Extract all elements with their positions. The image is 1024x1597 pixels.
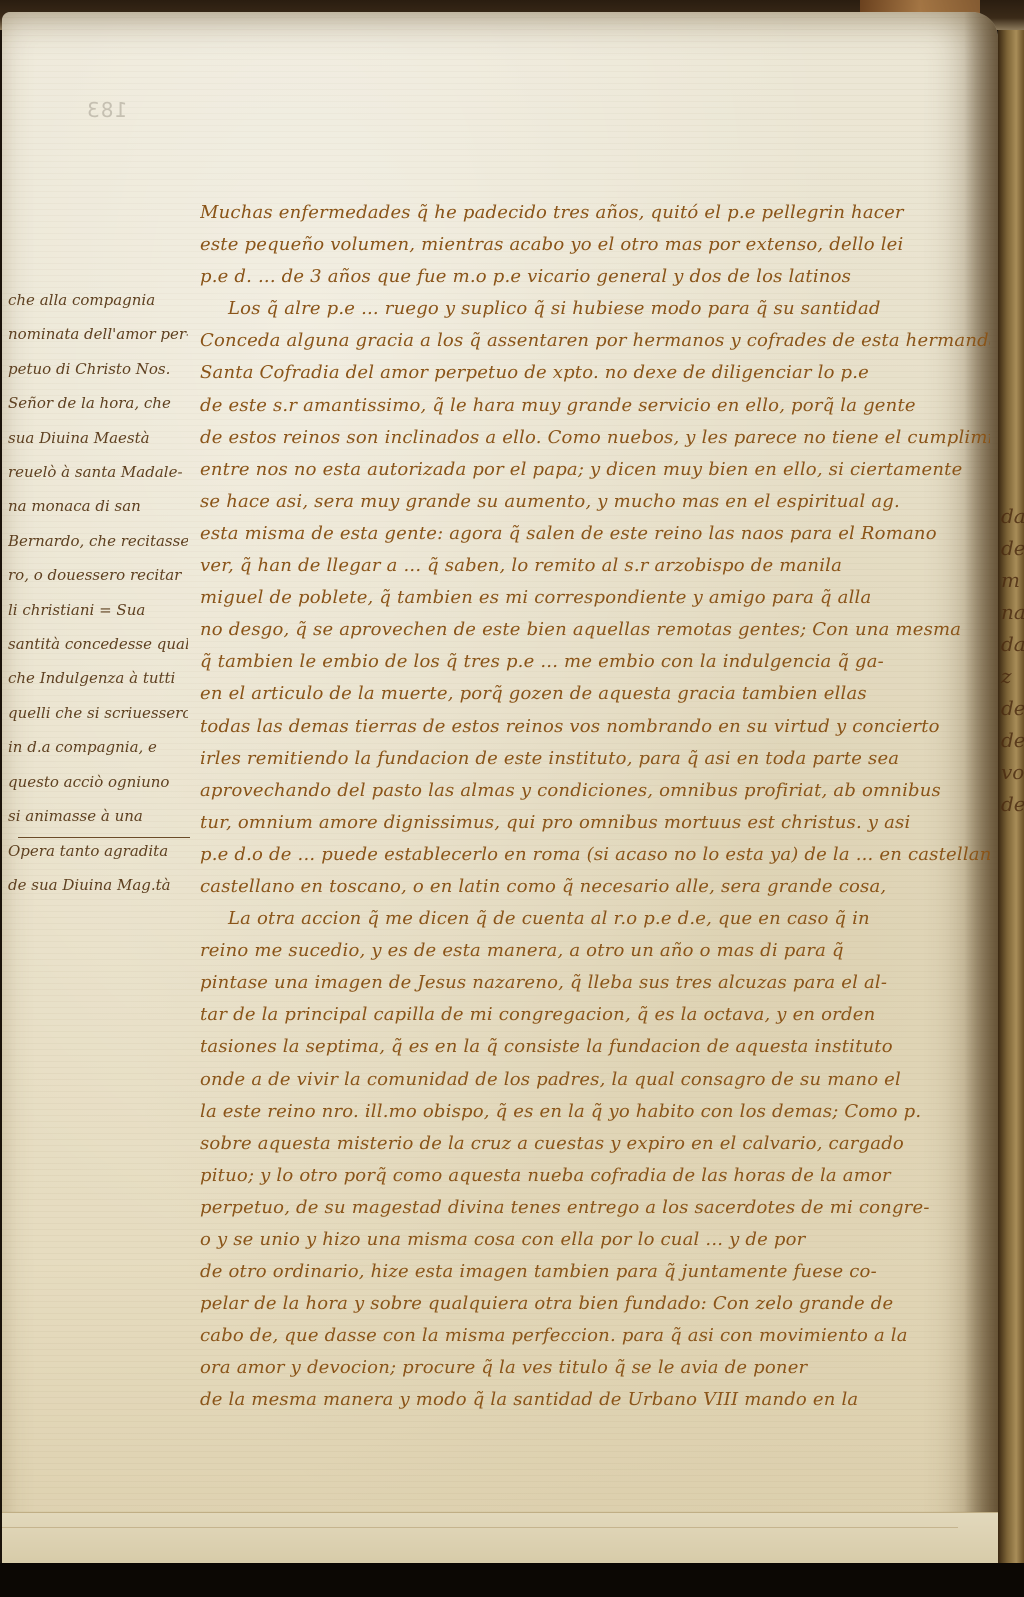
margin-note-line: sua Diuina Maestà [8,421,188,455]
margin-note-line: quelli che si scriuessero [8,696,188,730]
text-line: o y se unio y hizo una misma cosa con el… [200,1224,990,1256]
margin-note-line: petuo di Christo Nos. [8,352,188,386]
text-line: miguel de poblete, q̃ tambien es mi corr… [200,582,990,614]
text-line: este pequeño volumen, mientras acabo yo … [200,229,990,261]
facing-page-fragment: da [1001,628,1023,660]
margin-divider-rule [18,837,190,838]
text-line: castellano en toscano, o en latin como q… [200,871,990,903]
facing-page-fragment: de [1001,532,1023,564]
text-line: reino me sucedio, y es de esta manera, a… [200,935,990,967]
text-line: entre nos no esta autorizada por el papa… [200,454,990,486]
text-line: Santa Cofradia del amor perpetuo de xpto… [200,357,990,389]
text-line: de este s.r amantissimo, q̃ le hara muy … [200,390,990,422]
text-line: p.e d.o de ... puede establecerlo en rom… [200,839,990,871]
text-line: ora amor y devocion; procure q̃ la ves t… [200,1352,990,1384]
margin-note-line: in d.a compagnia, e [8,730,188,764]
text-line: de estos reinos son inclinados a ello. C… [200,422,990,454]
text-line: no desgo, q̃ se aprovechen de este bien … [200,614,990,646]
facing-page-fragment: de [1001,788,1023,820]
text-line: cabo de, que dasse con la misma perfecci… [200,1320,990,1352]
text-line: de otro ordinario, hize esta imagen tamb… [200,1256,990,1288]
facing-page-fragment: de [1001,692,1023,724]
text-line: onde a de vivir la comunidad de los padr… [200,1064,990,1096]
text-line: la este reino nro. ill.mo obispo, q̃ es … [200,1096,990,1128]
margin-note-line: na monaca di san [8,489,188,523]
folio-number: 183 [86,98,127,122]
margin-note-line: li christiani = Sua [8,593,188,627]
text-line: esta misma de esta gente: agora q̃ salen… [200,518,990,550]
text-line: ver, q̃ han de llegar a ... q̃ saben, lo… [200,550,990,582]
text-line: q̃ tambien le embio de los q̃ tres p.e .… [200,646,990,678]
text-line: de la mesma manera y modo q̃ la santidad… [200,1384,990,1416]
text-line: tasiones la septima, q̃ es en la q̃ cons… [200,1031,990,1063]
text-line: tar de la principal capilla de mi congre… [200,999,990,1031]
text-line: aprovechando del pasto las almas y condi… [200,775,990,807]
margin-note-line: questo acciò ogniuno [8,765,188,799]
text-line: en el articulo de la muerte, porq̃ gozen… [200,678,990,710]
margin-note-line: Bernardo, che recitasse- [8,524,188,558]
text-line: Muchas enfermedades q̃ he padecido tres … [200,197,990,229]
margin-note-line: reuelò à santa Madale- [8,455,188,489]
facing-page-fragment: de [1001,724,1023,756]
margin-note-line: Opera tanto agradita [8,834,188,868]
facing-page-fragment: z [1001,660,1023,692]
margin-note-line: ro, o douessero recitar [8,558,188,592]
page-bottom-fold [2,1512,998,1565]
text-line: Los q̃ alre p.e ... ruego y suplico q̃ s… [200,293,990,325]
text-line: sobre aquesta misterio de la cruz a cues… [200,1128,990,1160]
margin-note-line: de sua Diuina Mag.tà [8,868,188,902]
margin-note-line: che alla compagnia [8,283,188,317]
marginal-annotation: che alla compagnianominata dell'amor per… [8,283,188,902]
facing-page-edge: dademnadazdedevode [998,30,1024,1575]
text-line: Conceda alguna gracia a los q̃ assentare… [200,325,990,357]
margin-note-line: nominata dell'amor per- [8,317,188,351]
facing-page-fragment: na [1001,596,1023,628]
text-line: irles remitiendo la fundacion de este in… [200,743,990,775]
text-line: todas las demas tierras de estos reinos … [200,711,990,743]
text-line: tur, omnium amore dignissimus, qui pro o… [200,807,990,839]
margin-note-line: si animasse à una [8,799,188,833]
text-line: pituo; y lo otro porq̃ como aquesta nueb… [200,1160,990,1192]
text-line: pintase una imagen de Jesus nazareno, q̃… [200,967,990,999]
text-line: p.e d. ... de 3 años que fue m.o p.e vic… [200,261,990,293]
facing-page-fragments: dademnadazdedevode [1001,500,1023,820]
facing-page-fragment: da [1001,500,1023,532]
facing-page-fragment: m [1001,564,1023,596]
margin-note-line: Señor de la hora, che [8,386,188,420]
margin-note-line: santità concedesse qual- [8,627,188,661]
margin-note-line: che Indulgenza à tutti [8,661,188,695]
text-line: perpetuo, de su magestad divina tenes en… [200,1192,990,1224]
text-line: pelar de la hora y sobre qualquiera otra… [200,1288,990,1320]
main-text-block: Muchas enfermedades q̃ he padecido tres … [200,197,990,1417]
text-line: se hace asi, sera muy grande su aumento,… [200,486,990,518]
scan-background-bottom [0,1563,1024,1597]
text-line: La otra accion q̃ me dicen q̃ de cuenta … [200,903,990,935]
facing-page-fragment: vo [1001,756,1023,788]
